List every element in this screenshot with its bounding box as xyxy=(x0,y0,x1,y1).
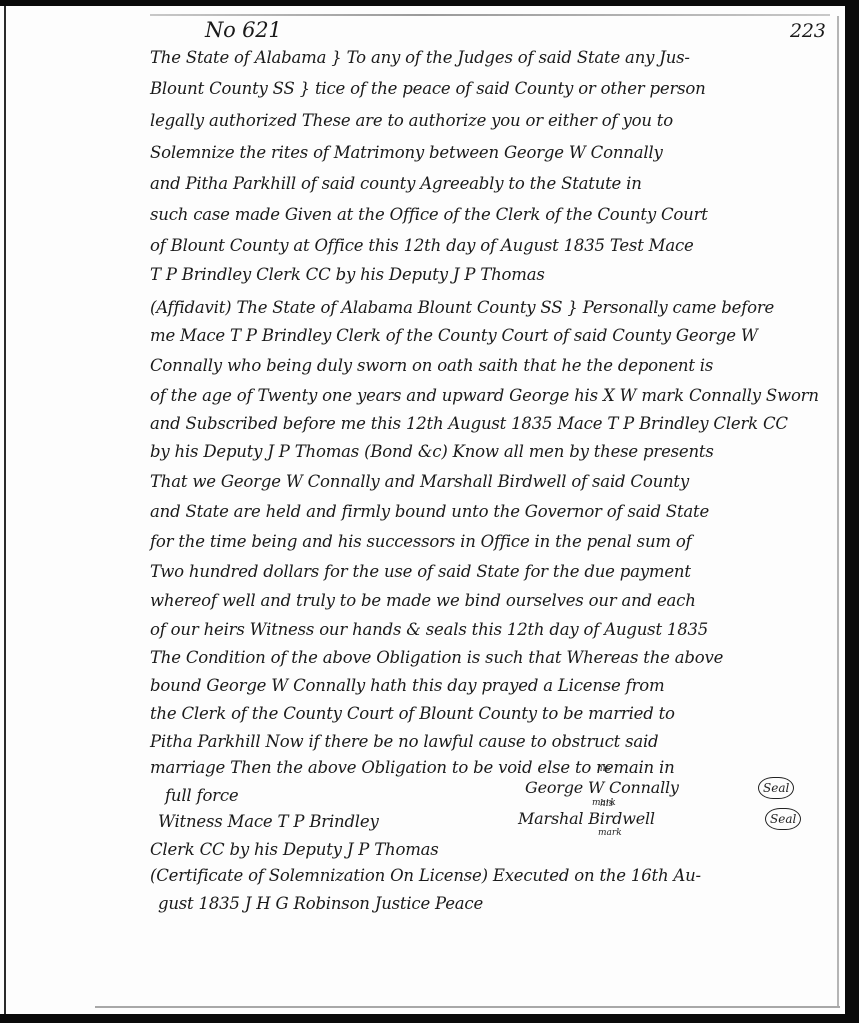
document-page: No 621 223 The State of Alabama } To any… xyxy=(0,6,845,1014)
text-line: bound George W Connally hath this day pr… xyxy=(150,676,664,695)
text-line: Connally who being duly sworn on oath sa… xyxy=(150,356,713,375)
mark-label-his: his xyxy=(600,799,613,809)
clerk-line: Clerk CC by his Deputy J P Thomas xyxy=(150,840,439,859)
page-left-edge xyxy=(4,6,6,1014)
mark-label-his: his xyxy=(597,764,610,774)
text-line: by his Deputy J P Thomas (Bond &c) Know … xyxy=(150,442,714,461)
text-line: (Affidavit) The State of Alabama Blount … xyxy=(150,298,774,317)
certificate-line: (Certificate of Solemnization On License… xyxy=(150,866,701,885)
text-line: such case made Given at the Office of th… xyxy=(150,205,708,224)
page-top-rule xyxy=(150,14,830,16)
witness-line: Witness Mace T P Brindley xyxy=(158,812,379,831)
text-line: marriage Then the above Obligation to be… xyxy=(150,758,675,777)
text-line: for the time being and his successors in… xyxy=(150,532,692,551)
text-line: The State of Alabama } To any of the Jud… xyxy=(150,48,690,67)
text-line: Two hundred dollars for the use of said … xyxy=(150,562,691,581)
text-line: and State are held and firmly bound unto… xyxy=(150,502,709,521)
seal-icon: Seal xyxy=(765,808,801,830)
record-number: No 621 xyxy=(205,18,282,42)
text-line: of Blount County at Office this 12th day… xyxy=(150,236,694,255)
mark-label-mark: mark xyxy=(598,828,622,838)
text-line: Blount County SS } tice of the peace of … xyxy=(150,79,706,98)
text-line: The Condition of the above Obligation is… xyxy=(150,648,723,667)
signature-name: George W Connally xyxy=(525,778,679,797)
text-line: Solemnize the rites of Matrimony between… xyxy=(150,143,663,162)
text-line: and Pitha Parkhill of said county Agreea… xyxy=(150,174,642,193)
seal-icon: Seal xyxy=(758,777,794,799)
text-line: legally authorized These are to authoriz… xyxy=(150,111,673,130)
text-line: me Mace T P Brindley Clerk of the County… xyxy=(150,326,758,345)
text-line: the Clerk of the County Court of Blount … xyxy=(150,704,675,723)
certificate-line: gust 1835 J H G Robinson Justice Peace xyxy=(158,894,483,913)
text-line: whereof well and truly to be made we bin… xyxy=(150,591,696,610)
page-bottom-rule xyxy=(95,1006,840,1008)
text-line: of the age of Twenty one years and upwar… xyxy=(150,386,819,405)
page-number: 223 xyxy=(790,20,826,42)
text-line: Pitha Parkhill Now if there be no lawful… xyxy=(150,732,658,751)
text-line: of our heirs Witness our hands & seals t… xyxy=(150,620,708,639)
text-line: full force xyxy=(165,786,238,805)
page-right-edge xyxy=(837,16,839,1006)
text-line: That we George W Connally and Marshall B… xyxy=(150,472,689,491)
text-line: and Subscribed before me this 12th Augus… xyxy=(150,414,788,433)
signature-name: Marshal Birdwell xyxy=(518,809,655,828)
text-line: T P Brindley Clerk CC by his Deputy J P … xyxy=(150,265,545,284)
